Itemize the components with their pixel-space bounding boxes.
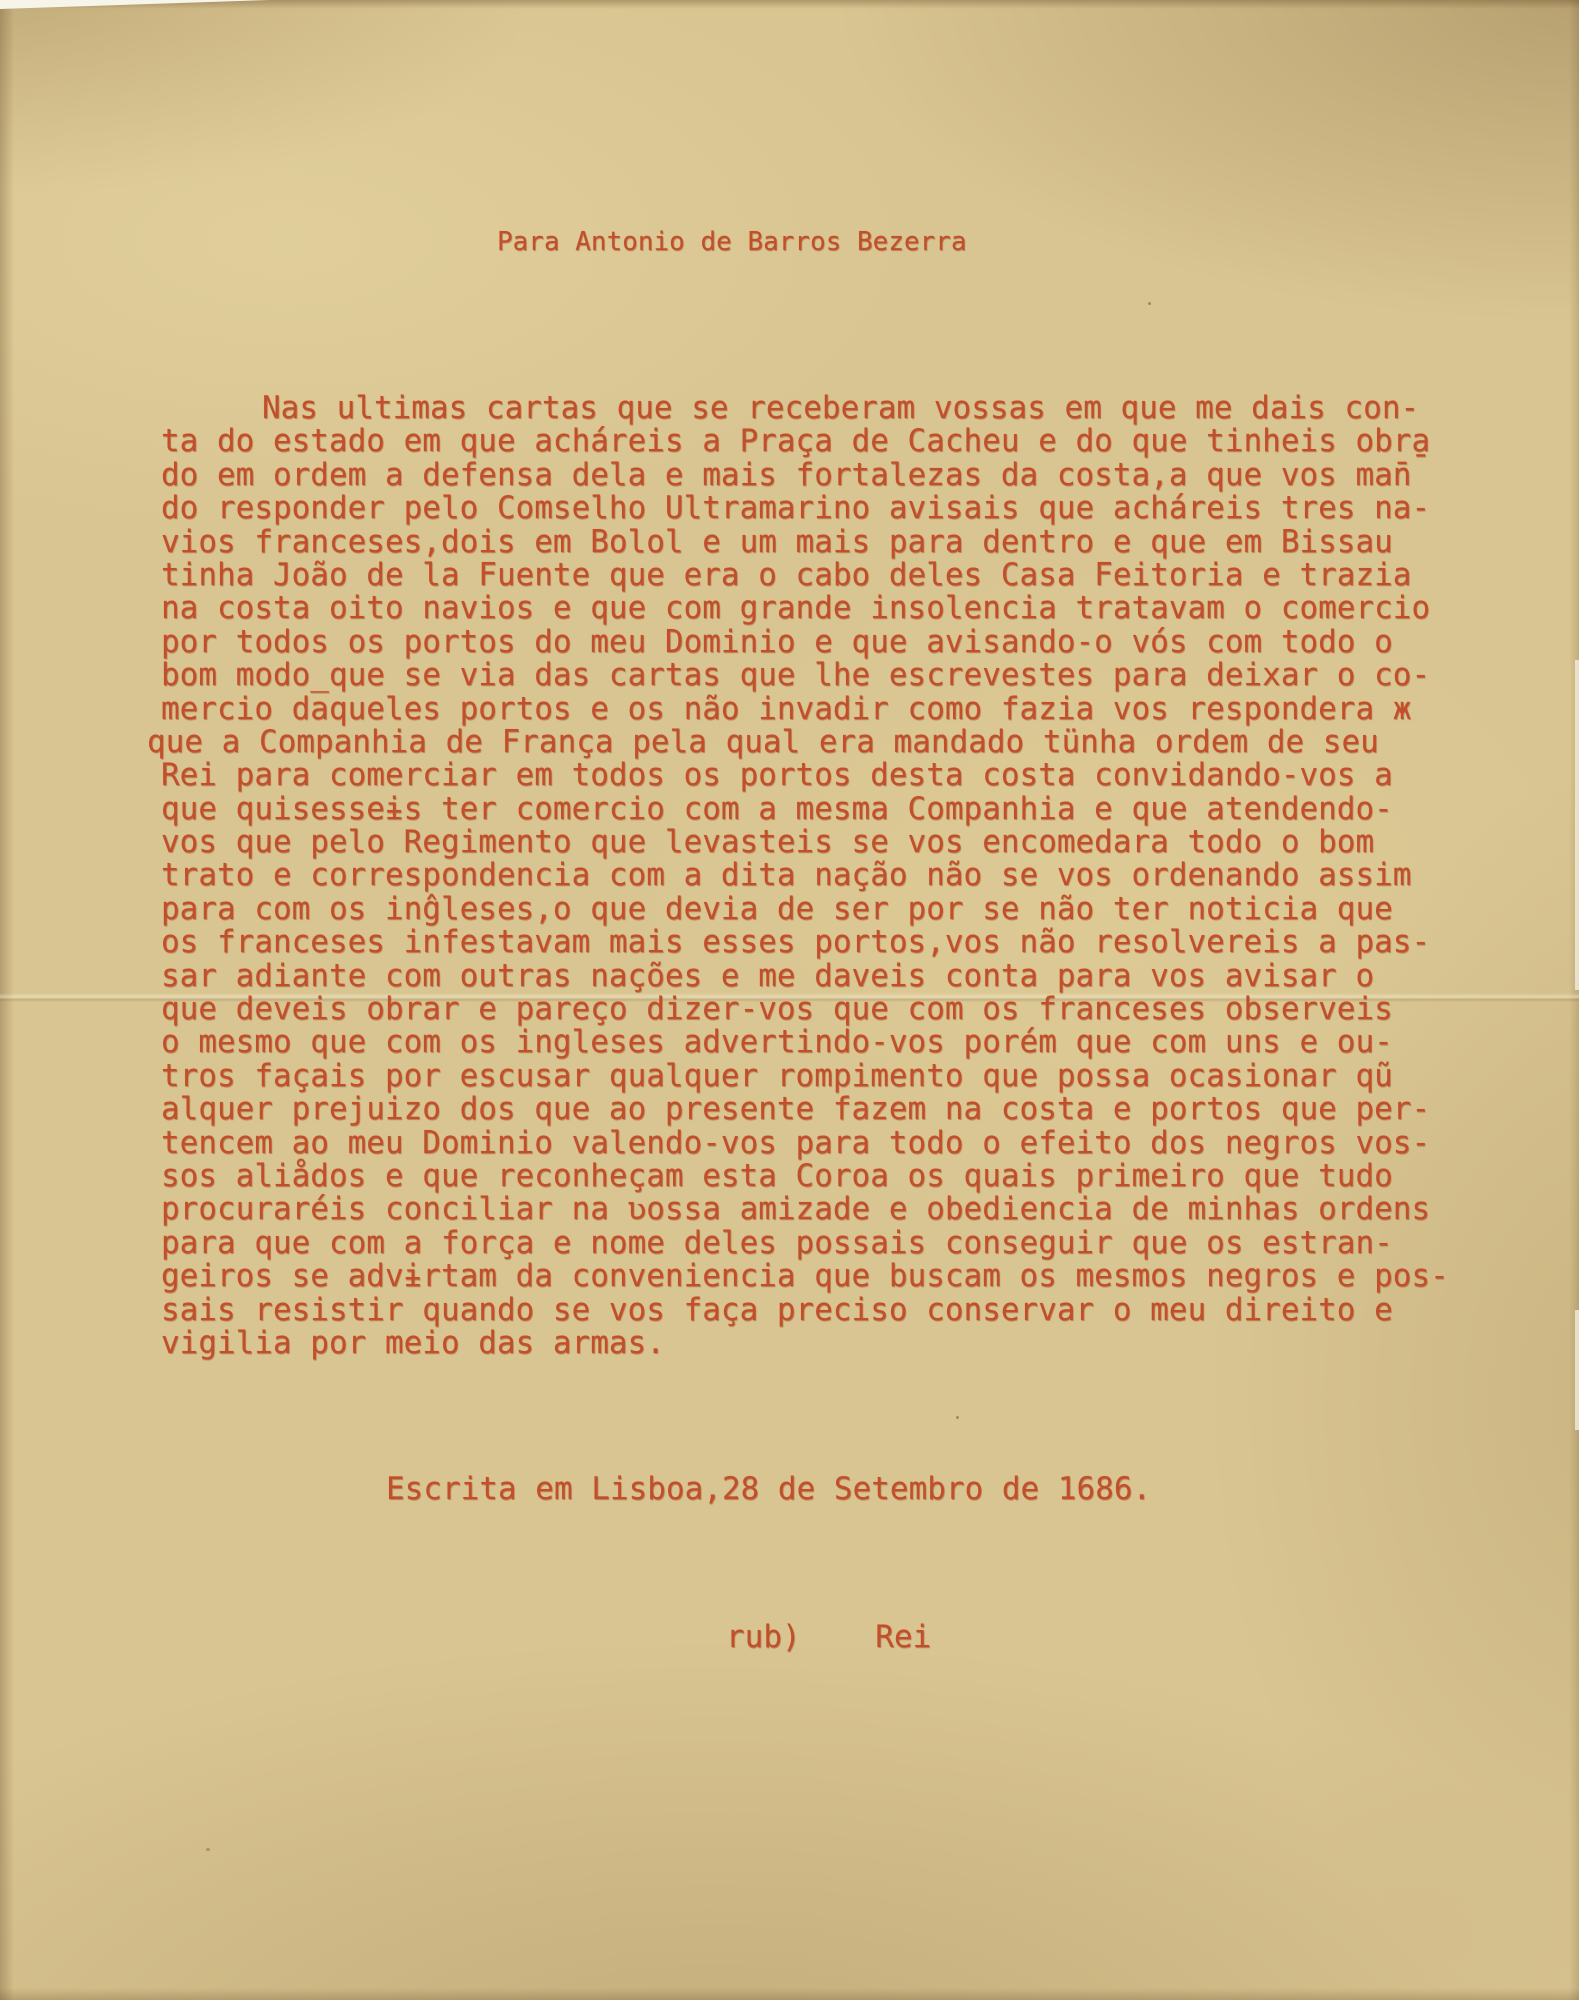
- body-line: que quisesseɨs ter comercio com a mesma …: [161, 793, 1449, 826]
- scan-edge-sliver: [1575, 1310, 1579, 1430]
- body-line: mercio daqueles portos e os não invadir …: [161, 693, 1449, 726]
- paper-speck: [956, 1416, 959, 1419]
- body-line: alquer prejuizo dos que ao presente faze…: [161, 1093, 1449, 1126]
- body-line: vos que pelo Regimento que levasteis se …: [161, 826, 1449, 859]
- body-line: sos aliådos e que reconheçam esta Coroa …: [161, 1160, 1449, 1193]
- body-line: Rei para comerciar em todos os portos de…: [161, 759, 1449, 792]
- body-line: bom modo_que se via das cartas que lhe e…: [161, 659, 1449, 692]
- body-line: por todos os portos do meu Dominio e que…: [161, 626, 1449, 659]
- body-line: geiros se advɨrtam da conveniencia que b…: [161, 1260, 1449, 1293]
- body-line: para que com a força e nome deles possai…: [161, 1227, 1449, 1260]
- body-line: trato e correspondencia com a dita nação…: [161, 859, 1449, 892]
- body-line: tencem ao meu Dominio valendo-vos para t…: [161, 1127, 1449, 1160]
- body-line: para com os inĝleses,o que devia de ser …: [161, 893, 1449, 926]
- body-line: vigilia por meio das armas.: [161, 1327, 1449, 1360]
- body-line: sais resistir quando se vos faça preciso…: [161, 1294, 1449, 1327]
- body-line: que deveis obrar e pareço dizer-vos que …: [161, 993, 1449, 1026]
- body-line: sar adiante com outras nações e me davei…: [161, 960, 1449, 993]
- paper-speck: [206, 1848, 210, 1851]
- body-line: os franceses infestavam mais esses porto…: [161, 926, 1449, 959]
- letter-signature: rub) Rei: [726, 1621, 931, 1654]
- body-line: na costa oito navios e que com grande in…: [161, 592, 1449, 625]
- scan-corner-sliver: [0, 0, 270, 9]
- body-line: do em ordem a defensa dela e mais fortal…: [161, 459, 1449, 492]
- body-line: o mesmo que com os ingleses advertindo-v…: [161, 1026, 1449, 1059]
- body-line: tinha João de la Fuente que era o cabo d…: [161, 559, 1449, 592]
- letter-addressee-title: Para Antonio de Barros Bezerra: [497, 227, 967, 257]
- body-line: que a Companhia de França pela qual era …: [147, 726, 1449, 759]
- letter-dateline: Escrita em Lisboa,28 de Setembro de 1686…: [386, 1473, 1151, 1506]
- body-line: ta do estado em que acháreis a Praça de …: [161, 425, 1449, 458]
- letter-body: Nas ultimas cartas que se receberam voss…: [161, 392, 1449, 1360]
- scan-edge-sliver: [1575, 660, 1579, 990]
- body-line: procuraréis conciliar na ʋossa amizade e…: [161, 1193, 1449, 1226]
- body-line: tros façais por escusar qualquer rompime…: [161, 1060, 1449, 1093]
- body-line: do responder pelo Comselho Ultramarino a…: [161, 492, 1449, 525]
- body-line: Nas ultimas cartas que se receberam voss…: [161, 392, 1449, 425]
- paper-speck: [1148, 302, 1151, 305]
- scanned-letter-page: Para Antonio de Barros Bezerra Nas ultim…: [0, 0, 1579, 2000]
- body-line: vios franceses,dois em Bolol e um mais p…: [161, 526, 1449, 559]
